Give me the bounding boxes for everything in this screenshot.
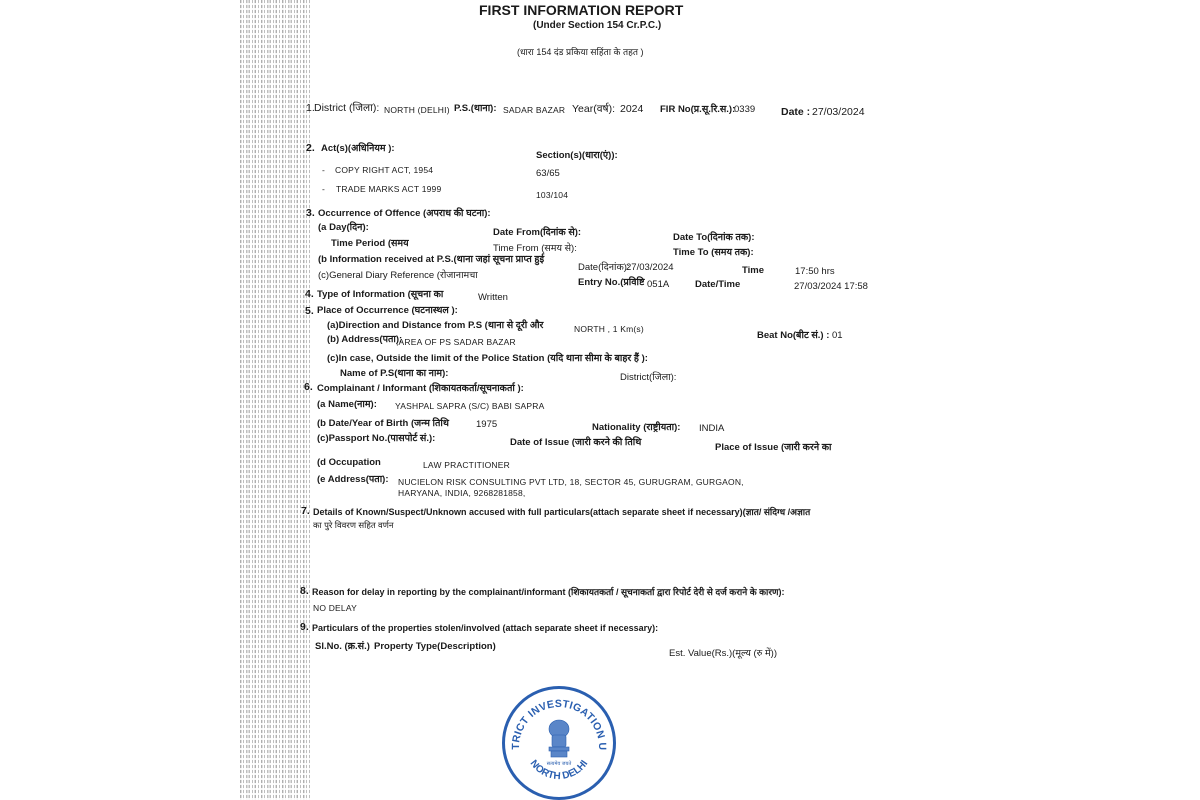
document-subtitle-hindi: (धारा 154 दंड प्रकिया सहिंता के तहत )	[517, 46, 644, 58]
district-value: NORTH (DELHI)	[384, 104, 450, 116]
year-value: 2024	[620, 103, 643, 115]
ps-value: SADAR BAZAR	[503, 104, 565, 116]
gd-reference-label: (c)General Diary Reference (रोजानामचा	[318, 270, 478, 282]
nationality-label: Nationality (राष्ट्रीयता):	[592, 422, 680, 434]
info-type-value: Written	[478, 292, 508, 304]
ps-label: P.S.(थाना):	[454, 103, 496, 115]
outside-limit-label: (c)In case, Outside the limit of the Pol…	[327, 353, 648, 365]
act-item: COPY RIGHT ACT, 1954	[335, 164, 433, 176]
act-sections: 63/65	[536, 168, 560, 180]
info-type-label: Type of Information (सूचना का	[317, 289, 443, 301]
place-label: Place of Occurrence (घटनास्थल ):	[317, 305, 458, 317]
column-header-slno: Sl.No. (क्र.सं.)	[315, 641, 370, 653]
dob-value: 1975	[476, 419, 497, 431]
sections-label: Section(s)(धारा(एं)):	[536, 150, 618, 162]
outside-ps-name-label: Name of P.S(थाना का नाम):	[340, 368, 448, 380]
document-title: FIRST INFORMATION REPORT	[479, 4, 683, 16]
accused-details-label: Details of Known/Suspect/Unknown accused…	[313, 506, 810, 518]
address-label: (b) Address(पता):	[327, 334, 402, 346]
outside-district-label: District(जिला):	[620, 372, 676, 384]
gd-datetime-value: 27/03/2024 17:58	[794, 281, 868, 293]
column-header-est-value: Est. Value(Rs.)(मूल्य (रु में))	[669, 648, 777, 660]
dob-label: (b Date/Year of Birth (जन्म तिथि	[317, 418, 449, 430]
info-date-value: 27/03/2024	[626, 262, 674, 274]
complainant-address-label: (e Address(पता):	[317, 474, 389, 486]
beat-value: 01	[832, 330, 843, 342]
name-label: (a Name(नाम):	[317, 399, 377, 411]
passport-label: (c)Passport No.(पासपोर्ट सं.):	[317, 433, 435, 445]
occurrence-label: Occurrence of Offence (अपराध की घटना):	[318, 208, 491, 220]
gd-datetime-label: Date/Time	[695, 279, 740, 291]
scan-edge-artifact	[240, 0, 310, 800]
fir-date-value: 27/03/2024	[812, 106, 865, 118]
act-item: TRADE MARKS ACT 1999	[336, 183, 441, 195]
occupation-label: (d Occupation	[317, 457, 381, 469]
complainant-address-line2: HARYANA, INDIA, 9268281858,	[398, 487, 525, 499]
properties-label: Particulars of the properties stolen/inv…	[312, 622, 658, 634]
info-received-label: (b Information received at P.S.(थाना जहा…	[318, 254, 544, 266]
info-date-label: Date(दिनांक):	[578, 262, 630, 274]
day-label: (a Day(दिन):	[318, 222, 369, 234]
nationality-value: INDIA	[699, 423, 724, 435]
stamp-text-ring: DISTRICT INVESTIGATION UNIT NORTH DELHI …	[505, 689, 613, 797]
fir-date-label: Date :	[781, 106, 810, 118]
entry-no-value: 051A	[647, 279, 669, 291]
time-to-label: Time To (समय तक):	[673, 247, 754, 259]
entry-no-label: Entry No.(प्रविष्टि	[578, 277, 645, 289]
district-investigation-unit-stamp: DISTRICT INVESTIGATION UNIT NORTH DELHI …	[502, 686, 616, 800]
beat-label: Beat No(बीट सं.) :	[757, 330, 829, 342]
issue-date-label: Date of Issue (जारी करने की तिथि	[510, 437, 641, 449]
district-label: District (जिला):	[314, 102, 379, 114]
fir-no-value: 0339	[734, 104, 755, 116]
issue-place-label: Place of Issue (जारी करने का	[715, 442, 832, 454]
acts-label: Act(s)(अधिनियम ):	[321, 143, 395, 155]
delay-reason-value: NO DELAY	[313, 602, 357, 614]
date-from-label: Date From(दिनांक से):	[493, 227, 581, 239]
info-time-value: 17:50 hrs	[795, 266, 835, 278]
name-value: YASHPAL SAPRA (S/C) BABI SAPRA	[395, 400, 544, 412]
time-period-label: Time Period (समय	[331, 238, 409, 250]
direction-value: NORTH , 1 Km(s)	[574, 323, 644, 335]
info-time-label: Time	[742, 265, 764, 277]
svg-text:सत्यमेव जयते: सत्यमेव जयते	[547, 760, 572, 767]
direction-label: (a)Direction and Distance from P.S (थाना…	[327, 320, 543, 332]
accused-details-label-hindi: का पुरे विवरण सहित वर्णन	[313, 519, 394, 531]
act-sections: 103/104	[536, 189, 568, 201]
date-to-label: Date To(दिनांक तक):	[673, 232, 755, 244]
national-emblem-icon	[549, 720, 569, 757]
occupation-value: LAW PRACTITIONER	[423, 459, 510, 471]
complainant-label: Complainant / Informant (शिकायतकर्ता/सूच…	[317, 383, 524, 395]
address-value: ,AREA OF PS SADAR BAZAR	[396, 336, 516, 348]
document-subtitle: (Under Section 154 Cr.P.C.)	[533, 20, 661, 32]
delay-reason-label: Reason for delay in reporting by the com…	[312, 586, 785, 598]
fir-no-label: FIR No(प्र.सू.रि.स.):	[660, 104, 735, 116]
year-label: Year(वर्ष):	[572, 103, 615, 115]
column-header-property-type: Property Type(Description)	[374, 641, 496, 653]
